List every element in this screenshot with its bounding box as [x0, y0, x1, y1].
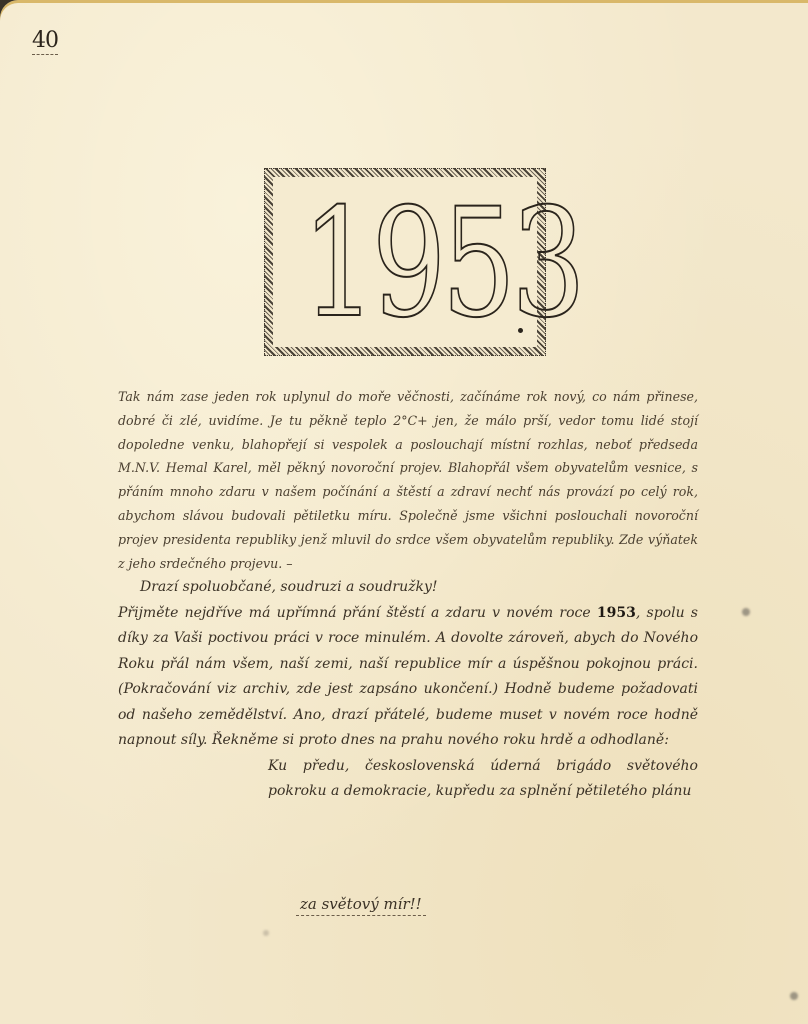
presidential-speech-excerpt: Drazí spoluobčané, soudruzi a soudružky!… [118, 575, 698, 805]
speech-slogan: Ku předu, československá úderná brigádo … [118, 754, 698, 805]
speech-text-1: Přijměte nejdříve má upřímná přání štěst… [118, 605, 591, 621]
paper-stain [263, 930, 269, 936]
notebook-page: 40 1953 Tak nám zase jeden rok uplynul d… [0, 0, 808, 1024]
chronicle-entry: Tak nám zase jeden rok uplynul do moře v… [118, 385, 698, 805]
closing-line: za světový mír!! [296, 895, 426, 916]
paper-stain [790, 992, 798, 1000]
speech-greeting: Drazí spoluobčané, soudruzi a soudružky! [118, 575, 698, 601]
speech-year: 1953 [597, 605, 636, 621]
speech-paragraph: Přijměte nejdříve má upřímná přání štěst… [118, 601, 698, 754]
year-heading-frame: 1953 [264, 168, 546, 356]
page-number: 40 [32, 30, 58, 55]
year-heading-dot [518, 328, 523, 333]
speech-text-2: , spolu s díky za Vaši poctivou práci v … [118, 605, 698, 749]
paper-stain [742, 608, 750, 616]
intro-paragraph: Tak nám zase jeden rok uplynul do moře v… [118, 385, 698, 575]
year-heading: 1953 [302, 179, 508, 349]
